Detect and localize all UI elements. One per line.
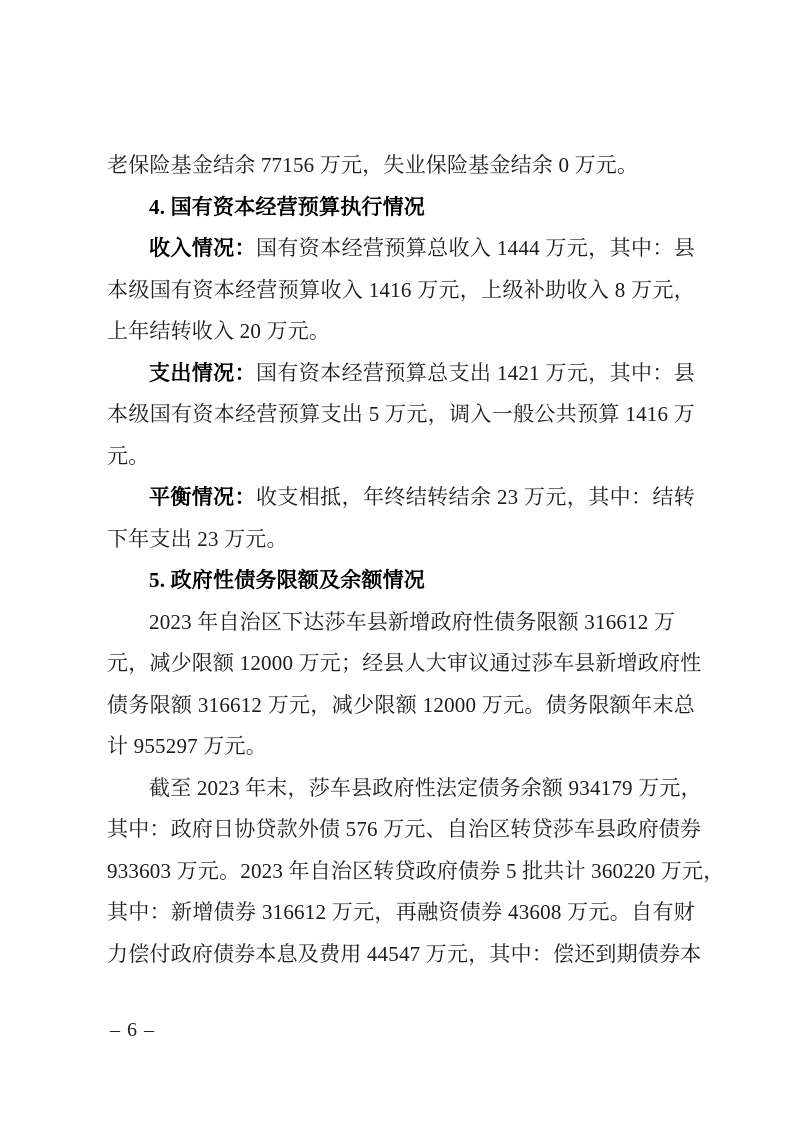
text-body: 老保险基金结余 77156 万元，失业保险基金结余 0 万元。4. 国有资本经营… bbox=[107, 145, 695, 975]
text-line: 元。 bbox=[107, 436, 695, 478]
text-line: 债务限额 316612 万元，减少限额 12000 万元。债务限额年末总 bbox=[107, 685, 695, 727]
run-in-label: 支出情况： bbox=[149, 361, 256, 385]
text-line: 下年支出 23 万元。 bbox=[107, 519, 695, 561]
run-in-label: 平衡情况： bbox=[149, 485, 256, 509]
text-line: 平衡情况：收支相抵，年终结转结余 23 万元，其中：结转 bbox=[107, 477, 695, 519]
text-line: 本级国有资本经营预算支出 5 万元，调入一般公共预算 1416 万 bbox=[107, 394, 695, 436]
text-line: 其中：政府日协贷款外债 576 万元、自治区转贷莎车县政府债券 bbox=[107, 809, 695, 851]
text-line: 截至 2023 年末，莎车县政府性法定债务余额 934179 万元， bbox=[107, 768, 695, 810]
section-heading: 4. 国有资本经营预算执行情况 bbox=[107, 187, 695, 229]
text-line: 933603 万元。2023 年自治区转贷政府债券 5 批共计 360220 万… bbox=[107, 851, 695, 893]
text-line: 元，减少限额 12000 万元；经县人大审议通过莎车县新增政府性 bbox=[107, 643, 695, 685]
document-page: 老保险基金结余 77156 万元，失业保险基金结余 0 万元。4. 国有资本经营… bbox=[0, 0, 793, 1122]
run-in-label: 收入情况： bbox=[149, 236, 256, 260]
text-line: 其中：新增债券 316612 万元，再融资债券 43608 万元。自有财 bbox=[107, 892, 695, 934]
section-heading: 5. 政府性债务限额及余额情况 bbox=[107, 560, 695, 602]
text-line: 2023 年自治区下达莎车县新增政府性债务限额 316612 万 bbox=[107, 602, 695, 644]
text-line: 收入情况：国有资本经营预算总收入 1444 万元，其中：县 bbox=[107, 228, 695, 270]
text-line: 计 955297 万元。 bbox=[107, 726, 695, 768]
text-line: 上年结转收入 20 万元。 bbox=[107, 311, 695, 353]
text-line: 支出情况：国有资本经营预算总支出 1421 万元，其中：县 bbox=[107, 353, 695, 395]
page-number: – 6 – bbox=[110, 1012, 155, 1048]
text-line: 力偿付政府债券本息及费用 44547 万元，其中：偿还到期债券本 bbox=[107, 934, 695, 976]
text-line: 本级国有资本经营预算收入 1416 万元，上级补助收入 8 万元， bbox=[107, 270, 695, 312]
text-line: 老保险基金结余 77156 万元，失业保险基金结余 0 万元。 bbox=[107, 145, 695, 187]
